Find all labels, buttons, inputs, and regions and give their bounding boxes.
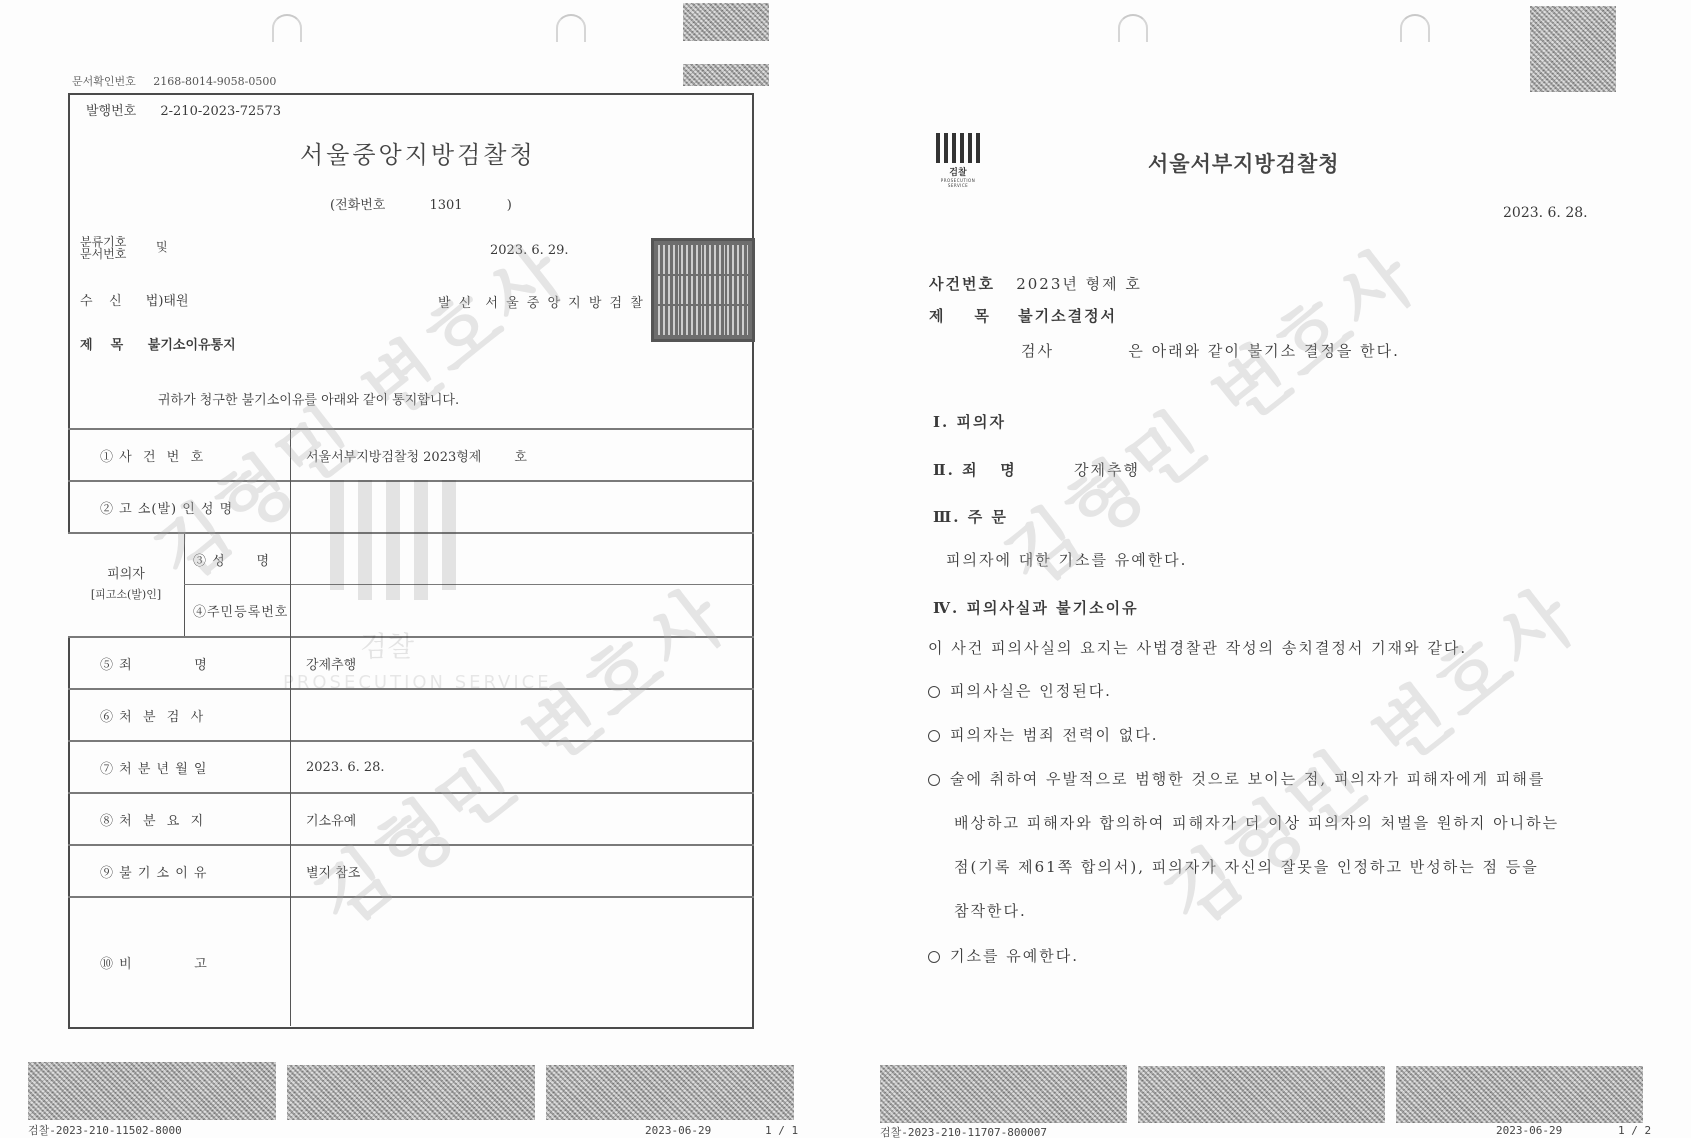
row-label: ① 사 건 번 호 (68, 430, 290, 480)
qr-code (683, 3, 769, 41)
subject-line: 제 목 불기소결정서 (929, 305, 1117, 326)
section-1: Ⅰ. 피의자 (933, 411, 1006, 432)
bullet-item: 피의자는 범죄 전력이 없다. (928, 724, 1158, 745)
sender-line: 발 신 서 울 중 앙 지 방 검 찰 청 (438, 292, 665, 311)
recipient-line: 수 신 법)태원 (80, 290, 189, 309)
row-label: ⑦ 처 분 년 월 일 (68, 742, 290, 792)
circle-bullet-icon (928, 686, 940, 698)
phone-label: (전화번호 (330, 198, 385, 213)
footer-code: 검찰-2023-210-11502-8000 (28, 1122, 182, 1138)
bullet-item: 피의사실은 인정된다. (928, 680, 1112, 701)
column-divider (290, 428, 291, 1026)
prosecution-bg-logo (330, 480, 456, 600)
row-value: 2023. 6. 28. (306, 742, 385, 792)
doc-confirm-line: 문서확인번호 2168-8014-9058-0500 (72, 73, 276, 89)
circle-bullet-icon (928, 774, 940, 786)
section-4: Ⅳ. 피의사실과 불기소이유 (933, 597, 1139, 618)
barcode-block (28, 1062, 276, 1120)
section-4-intro: 이 사건 피의사실의 요지는 사법경찰관 작성의 송치결정서 기재와 같다. (928, 637, 1467, 658)
bullet-continuation: 참작한다. (954, 900, 1027, 921)
agency-title: 서울서부지방검찰청 (1148, 148, 1340, 178)
table-row: ⑩ 비 고 (68, 896, 754, 1026)
agency-title: 서울중앙지방검찰청 (300, 135, 536, 170)
row-label: ⑩ 비 고 (68, 898, 290, 1026)
crime-name: 강제추행 (1074, 461, 1140, 479)
row-label: ⑨ 불 기 소 이 유 (68, 846, 290, 896)
doc-confirm-number: 2168-8014-9058-0500 (153, 75, 276, 88)
row-label: ③ 성 명 (184, 534, 290, 584)
phone-number: 1301 (429, 198, 462, 213)
row-label: ⑤ 죄 명 (68, 638, 290, 688)
order-text: 피의자에 대한 기소를 유예한다. (946, 549, 1187, 570)
punch-hole (1118, 14, 1148, 42)
qr-code (1530, 6, 1616, 92)
row-label: ② 고 소(발) 인 성 명 (68, 482, 290, 532)
barcode-block (287, 1065, 535, 1120)
circle-bullet-icon (928, 730, 940, 742)
doc-confirm-label: 문서확인번호 (72, 75, 136, 88)
footer-code: 검찰-2023-210-11707-800007 (880, 1124, 1047, 1138)
watermark: 김형민 변호사 (1140, 558, 1597, 947)
notice-date: 2023. 6. 29. (490, 243, 569, 258)
sender: 서 울 중 앙 지 방 검 찰 청 (485, 296, 665, 311)
row-label: ⑥ 처 분 검 사 (68, 690, 290, 740)
table-row: ⑧ 처 분 요 지기소유예 (68, 792, 754, 844)
issue-number: 2-210-2023-72573 (160, 104, 281, 119)
barcode-block (1138, 1066, 1385, 1123)
barcode-block (546, 1065, 794, 1120)
row-label: ④주민등록번호 (184, 585, 290, 636)
decision-date: 2023. 6. 28. (1503, 205, 1588, 221)
table-row: ① 사 건 번 호서울서부지방검찰청 2023형제 호 (68, 428, 754, 480)
official-seal (651, 238, 755, 342)
table-row: ⑨ 불 기 소 이 유별지 참조 (68, 844, 754, 896)
subject: 불기소이유통지 (148, 338, 236, 353)
prosecution-logo: 검찰 PROSECUTION SERVICE (930, 133, 986, 188)
subject: 불기소결정서 (1018, 307, 1117, 325)
recipient: 법)태원 (146, 294, 189, 309)
row-value: 별지 참조 (306, 846, 360, 896)
barcode-block (880, 1065, 1127, 1123)
decision-line: 검사 은 아래와 같이 불기소 결정을 한다. (1021, 340, 1400, 361)
qr-code (683, 64, 769, 86)
row-value: 기소유예 (306, 794, 356, 844)
punch-hole (272, 14, 302, 42)
row-value: 서울서부지방검찰청 2023형제 호 (306, 430, 527, 480)
case-line: 사건번호 2023년 형제 호 (929, 273, 1142, 294)
issue-line: 발행번호 2-210-2023-72573 (86, 100, 281, 119)
issue-label: 발행번호 (86, 104, 136, 119)
suspect-group-label: 피의자[피고소(발)인] (68, 532, 184, 636)
case-number: 2023년 형제 호 (1016, 275, 1142, 293)
section-2: Ⅱ. 죄 명 강제추행 (933, 459, 1140, 480)
footer-date: 2023-06-29 (645, 1124, 711, 1137)
table-row: ⑥ 처 분 검 사 (68, 688, 754, 740)
footer-page: 1 / 2 (1618, 1124, 1651, 1137)
punch-hole (556, 14, 586, 42)
row-label: ⑧ 처 분 요 지 (68, 794, 290, 844)
barcode-block (1396, 1066, 1643, 1123)
footer-page: 1 / 1 (765, 1124, 798, 1137)
footer-date: 2023-06-29 (1496, 1124, 1562, 1137)
punch-hole (1400, 14, 1430, 42)
bullet-continuation: 배상하고 피해자와 합의하여 피해자가 더 이상 피의자의 처벌을 원하지 아니… (954, 812, 1559, 833)
bullet-item: 기소를 유예한다. (928, 945, 1079, 966)
intro-text: 귀하가 청구한 불기소이유를 아래와 같이 통지합니다. (158, 389, 459, 408)
section-3: Ⅲ. 주 문 (933, 506, 1008, 527)
bullet-continuation: 점(기록 제61쪽 합의서), 피의자가 자신의 잘못을 인정하고 반성하는 점… (954, 856, 1539, 877)
bullet-item: 술에 취하여 우발적으로 범행한 것으로 보이는 점, 피의자가 피해자에게 피… (928, 768, 1545, 789)
circle-bullet-icon (928, 951, 940, 963)
table-row: ⑦ 처 분 년 월 일2023. 6. 28. (68, 740, 754, 792)
subject-line: 제 목 불기소이유통지 (80, 334, 236, 353)
class-label: 분류기호 문서번호 (80, 236, 126, 260)
phone-line: (전화번호 1301 ) (330, 194, 512, 213)
